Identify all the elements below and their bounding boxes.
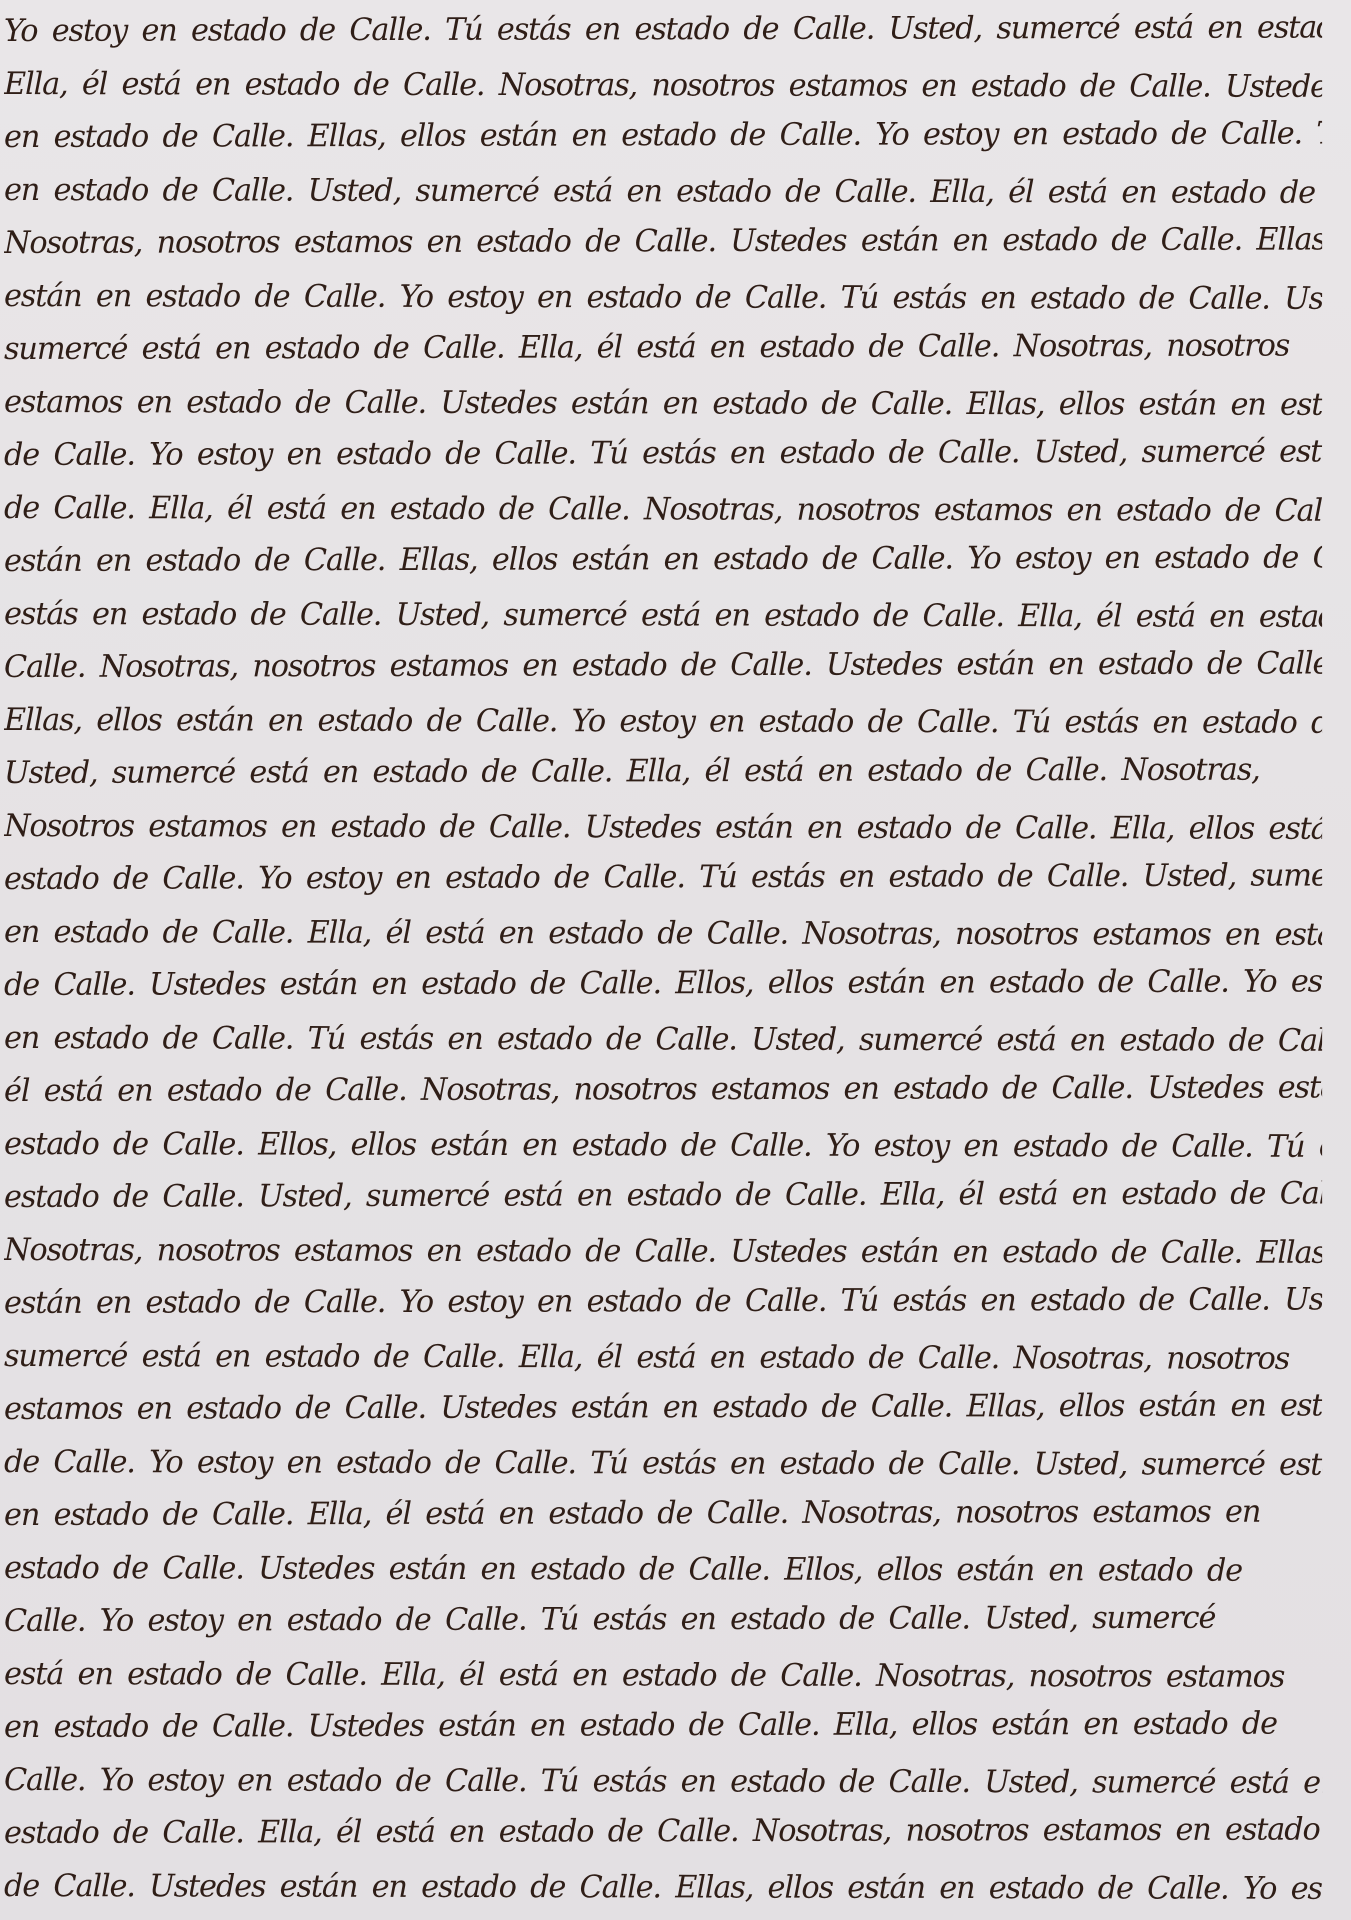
handwritten-line: en estado de Calle. Ustedes están en est…	[4, 1698, 1322, 1755]
handwritten-line: Calle. Yo estoy en estado de Calle. Tú e…	[4, 1755, 1322, 1811]
handwritten-line: Calle. Yo estoy en estado de Calle. Tú e…	[4, 1592, 1322, 1649]
handwritten-line: está en estado de Calle. Ella, él está e…	[4, 1649, 1322, 1705]
handwritten-line: Ella, él está en estado de Calle. Nosotr…	[4, 59, 1322, 115]
handwritten-line: Nosotros estamos en estado de Calle. Ust…	[4, 801, 1322, 857]
handwritten-line: sumercé está en estado de Calle. Ella, é…	[4, 320, 1322, 377]
handwritten-line: él está en estado de Calle. Nosotras, no…	[4, 1062, 1322, 1119]
handwritten-line: en estado de Calle. Ella, él está en est…	[4, 1486, 1322, 1543]
handwritten-line: de Calle. Yo estoy en estado de Calle. T…	[4, 1437, 1322, 1493]
handwritten-line: estás en estado de Calle. Usted, sumercé…	[4, 589, 1322, 645]
handwritten-line: Nosotras, nosotros estamos en estado de …	[4, 214, 1322, 271]
handwritten-line: Usted, sumercé está en estado de Calle. …	[4, 744, 1322, 801]
handwritten-line: estado de Calle. Ella, él está en estado…	[4, 1804, 1322, 1861]
handwritten-line: en estado de Calle. Usted, sumercé está …	[4, 165, 1322, 221]
handwritten-line: de Calle. Ustedes están en estado de Cal…	[4, 956, 1322, 1013]
handwritten-line: estado de Calle. Ustedes están en estado…	[4, 1543, 1322, 1599]
handwritten-line: están en estado de Calle. Ellas, ellos e…	[4, 532, 1322, 589]
handwritten-line: estamos en estado de Calle. Ustedes está…	[4, 377, 1322, 433]
handwritten-line: en estado de Calle. Ella, él está en est…	[4, 907, 1322, 963]
handwritten-line: de Calle. Ustedes están en estado de Cal…	[4, 1861, 1322, 1917]
handwritten-line: sumercé está en estado de Calle. Ella, é…	[4, 1331, 1322, 1387]
handwritten-line: Yo estoy en estado de Calle. Tú estás en…	[4, 2, 1322, 59]
handwritten-line: Calle. Nosotras, nosotros estamos en est…	[4, 638, 1322, 695]
handwritten-line: de Calle. Yo estoy en estado de Calle. T…	[4, 426, 1322, 483]
handwritten-line: en estado de Calle. Tú estás en estado d…	[4, 1013, 1322, 1069]
handwritten-line: estado de Calle. Usted, sumercé está en …	[4, 1168, 1322, 1225]
handwritten-line: en estado de Calle. Ellas, ellos están e…	[4, 108, 1322, 165]
handwritten-line: de Calle. Ella, él está en estado de Cal…	[4, 483, 1322, 539]
handwritten-line: estado de Calle. Yo estoy en estado de C…	[4, 850, 1322, 907]
handwritten-line: Nosotras, nosotros estamos en estado de …	[4, 1225, 1322, 1281]
handwritten-line: estamos en estado de Calle. Ustedes está…	[4, 1380, 1322, 1437]
handwritten-line: están en estado de Calle. Yo estoy en es…	[4, 271, 1322, 327]
handwritten-line: Ellas, ellos están en estado de Calle. Y…	[4, 695, 1322, 751]
handwritten-page: Yo estoy en estado de Calle. Tú estás en…	[0, 0, 1351, 1920]
handwritten-text-block: Yo estoy en estado de Calle. Tú estás en…	[4, 6, 1349, 1914]
handwritten-line: estado de Calle. Ellos, ellos están en e…	[4, 1119, 1322, 1175]
handwritten-line: están en estado de Calle. Yo estoy en es…	[4, 1274, 1322, 1331]
